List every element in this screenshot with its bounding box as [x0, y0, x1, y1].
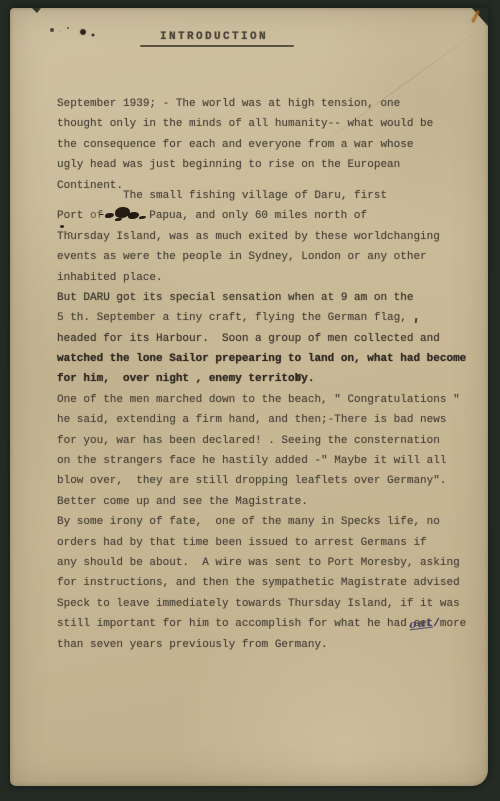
typewritten-text: September 1939; - The world was at high …: [57, 94, 477, 655]
text-line: the consequence for each and everyone fr…: [57, 135, 477, 155]
text-line: Better come up and see the Magistrate.: [57, 492, 477, 512]
ink-blot: [98, 207, 144, 220]
overstruck-character: br: [295, 369, 302, 389]
text-line: Thursday Island, was as much exited by t…: [57, 227, 477, 247]
text-line: Port ofPapua, and only 60 miles north of: [57, 206, 477, 226]
text-line: watched the lone Sailor prepearing to la…: [57, 349, 477, 369]
text-line: for you, war has been declared! . Seeing…: [57, 431, 477, 451]
text-line: for instructions, and then the sympathet…: [57, 573, 477, 593]
text-line: But DARU got its special sensation when …: [57, 288, 477, 308]
document-page: INTRODUCTION September 1939; - The world…: [10, 8, 488, 786]
text-line: inhabited place.: [57, 268, 477, 288]
text-line: orders had by that time been issued to a…: [57, 533, 477, 553]
title-underline: [140, 45, 294, 47]
text-line: Speck to leave immediately towards Thurs…: [57, 594, 477, 614]
text-line: ugly head was just beginning to rise on …: [57, 155, 477, 175]
text-line: 5 th. September a tiny craft, flying the…: [57, 308, 477, 328]
text-line: By some irony of fate, one of the many i…: [57, 512, 477, 532]
text-line: events as were the people in Sydney, Lon…: [57, 247, 477, 267]
text-line: he said, extending a firm hand, and then…: [57, 410, 477, 430]
text-line: One of the men marched down to the beach…: [57, 390, 477, 410]
handwritten-insert-slash: /: [433, 618, 440, 630]
text-line: thought only in the minds of all humanit…: [57, 114, 477, 134]
paper-edge-notch: [32, 8, 41, 13]
text-line: than seven years previously from Germany…: [57, 635, 477, 655]
page-title: INTRODUCTION: [160, 31, 268, 43]
text-line: for him, over night , enemy territobry.: [57, 369, 477, 389]
text-line: headed for its Harbour. Soon a group of …: [57, 329, 477, 349]
text-line: blow over, they are still dropping leafl…: [57, 471, 477, 491]
text-line: September 1939; - The world was at high …: [57, 94, 477, 114]
ink-specks: [50, 28, 54, 32]
text-line: any should be about. A wire was sent to …: [57, 553, 477, 573]
text-line: on the strangers face he hastily added -…: [57, 451, 477, 471]
